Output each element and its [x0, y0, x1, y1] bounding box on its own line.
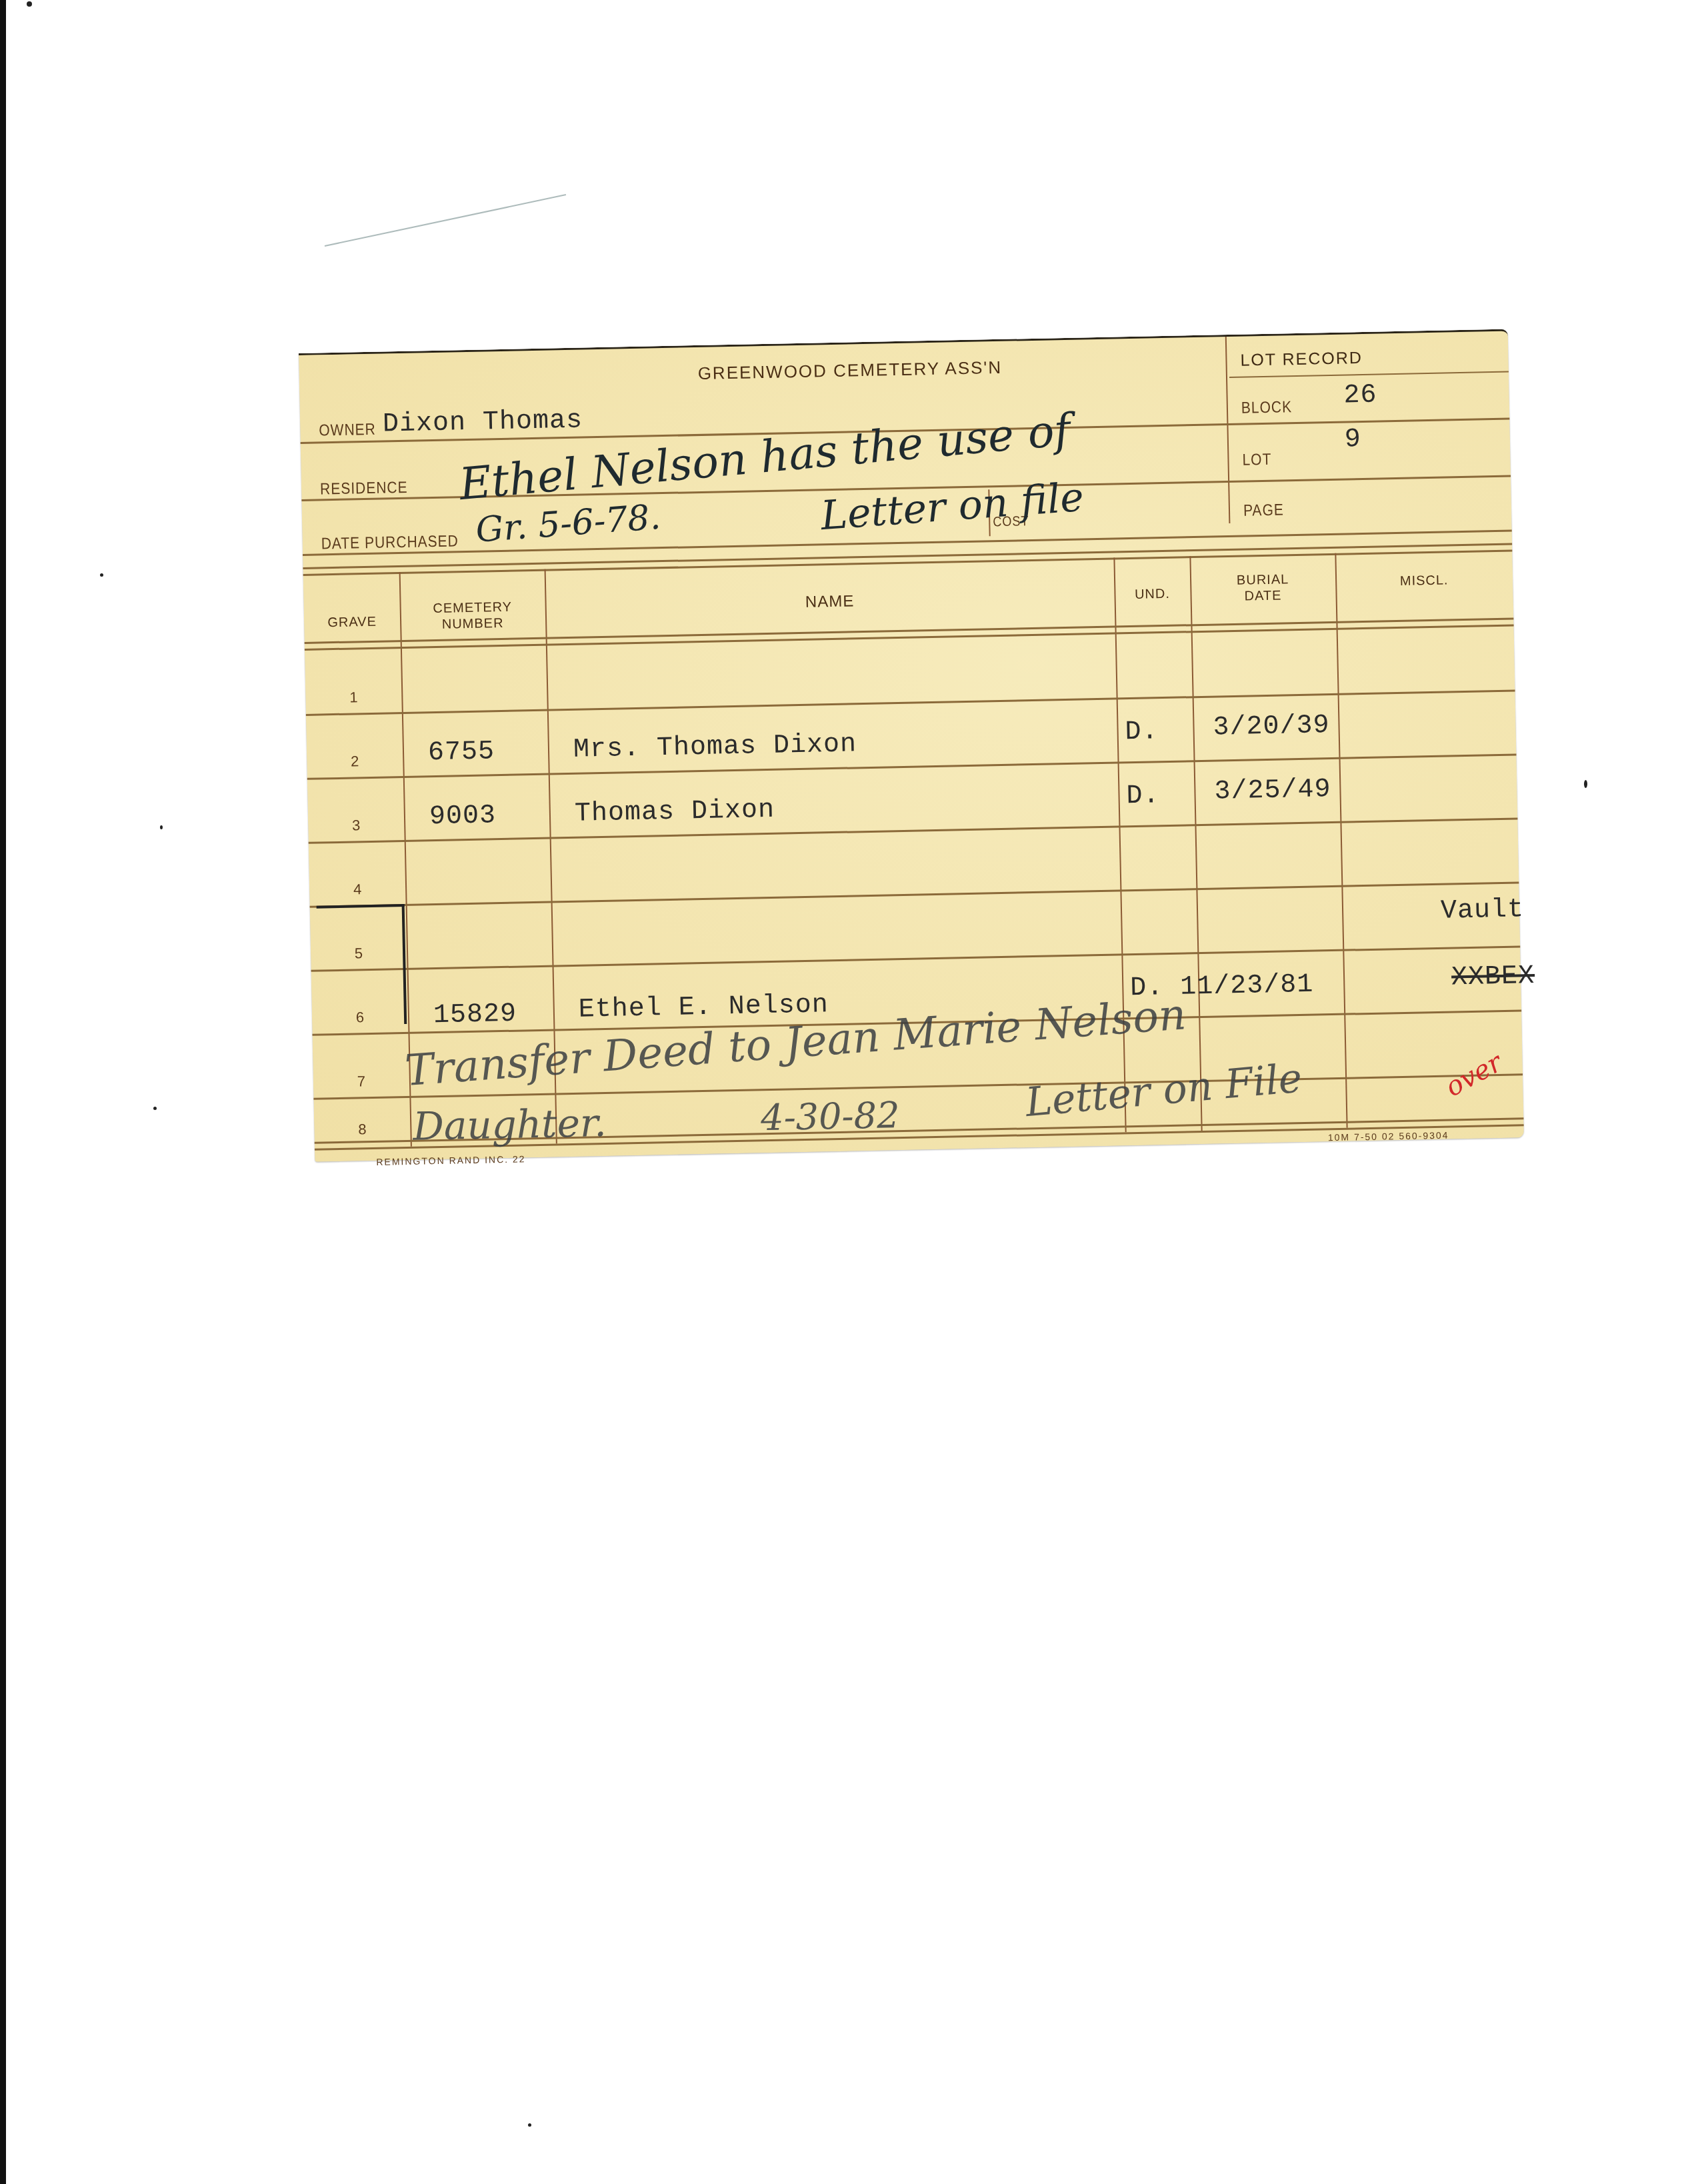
transfer-date-note: 4-30-82 [761, 1094, 901, 1139]
name-cell: Thomas Dixon [575, 795, 775, 829]
row-rule-1 [306, 689, 1515, 715]
burial-date-cell: 3/20/39 [1213, 711, 1330, 743]
over-red-note: over [1441, 1047, 1508, 1103]
header-und-text: UND. [1135, 587, 1170, 602]
name-cell: Mrs. Thomas Dixon [573, 729, 857, 765]
letter-on-file-note: Letter on file [819, 474, 1085, 539]
stray-mark [1584, 780, 1587, 788]
date-purchased-label: DATE PURCHASED [321, 533, 459, 554]
cemetery-number-cell: 6755 [428, 737, 495, 768]
lot-record-underline [1229, 371, 1509, 378]
letter-on-file-note-2: Letter on File [1023, 1055, 1304, 1126]
col-divider-burial [1335, 553, 1347, 1128]
header-cemetery-line2: NUMBER [400, 615, 545, 633]
lot-record-card: GREENWOOD CEMETERY ASS'N LOT RECORD OWNE… [299, 329, 1524, 1162]
header-grave: GRAVE [304, 613, 400, 631]
grave-number: 8 [332, 1120, 393, 1139]
block-value: 26 [1343, 381, 1377, 411]
und-cell: D. [1126, 781, 1160, 811]
stray-mark [27, 1, 32, 7]
cemetery-number-cell: 9003 [429, 801, 497, 832]
header-miscl: MISCL. [1335, 571, 1513, 591]
miscl-cell: Vault [1441, 895, 1525, 927]
printer-imprint: REMINGTON RAND INC. 22 [376, 1153, 525, 1167]
grave-number: 7 [331, 1072, 392, 1091]
handwritten-bracket-mark [317, 904, 407, 1026]
stray-mark [528, 2123, 531, 2127]
header-burial-line2: DATE [1190, 587, 1335, 605]
lot-record-divider [1225, 337, 1231, 523]
header-burial-date: BURIAL DATE [1190, 571, 1336, 605]
lot-record-label: LOT RECORD [1240, 349, 1363, 371]
row-rule-4 [310, 881, 1519, 907]
owner-value: Dixon Thomas [383, 405, 583, 439]
lot-value: 9 [1344, 425, 1361, 455]
miscl-struck-cell: XXBEX [1451, 961, 1535, 993]
col-divider-und [1189, 556, 1202, 1131]
header-miscl-text: MISCL. [1400, 573, 1449, 588]
stray-mark [153, 1107, 157, 1110]
stray-mark [160, 825, 163, 829]
header-cemetery-number: CEMETERY NUMBER [399, 599, 545, 633]
row-rule-5 [311, 945, 1521, 971]
grave-number: 1 [323, 689, 384, 707]
daughter-note: Daughter. [413, 1100, 607, 1149]
owner-label: OWNER [319, 421, 376, 440]
und-cell: D. [1125, 717, 1159, 747]
header-grave-text: GRAVE [327, 615, 377, 630]
header-und: UND. [1114, 585, 1190, 603]
page-label: PAGE [1243, 501, 1284, 521]
col-divider-name [1113, 557, 1126, 1132]
stray-pencil-mark [325, 194, 566, 247]
header-name: NAME [545, 589, 1114, 616]
block-label: BLOCK [1241, 399, 1293, 418]
scan-edge-strip [0, 0, 6, 2184]
header-name-text: NAME [805, 592, 855, 611]
stray-mark [100, 573, 103, 577]
form-code: 10M 7-50 02 560-9304 [1328, 1130, 1449, 1143]
cemetery-number-cell: 15829 [433, 999, 517, 1031]
grave-number: 3 [326, 817, 387, 835]
grave-number: 2 [325, 753, 385, 771]
lot-label: LOT [1242, 451, 1271, 469]
grave-number: 4 [327, 880, 388, 899]
burial-date-cell: 3/25/49 [1214, 775, 1331, 807]
card-title: GREENWOOD CEMETERY ASS'N [697, 357, 1002, 384]
residence-label: RESIDENCE [320, 479, 408, 499]
burial-date-value: 11/23/81 [1180, 970, 1314, 1003]
